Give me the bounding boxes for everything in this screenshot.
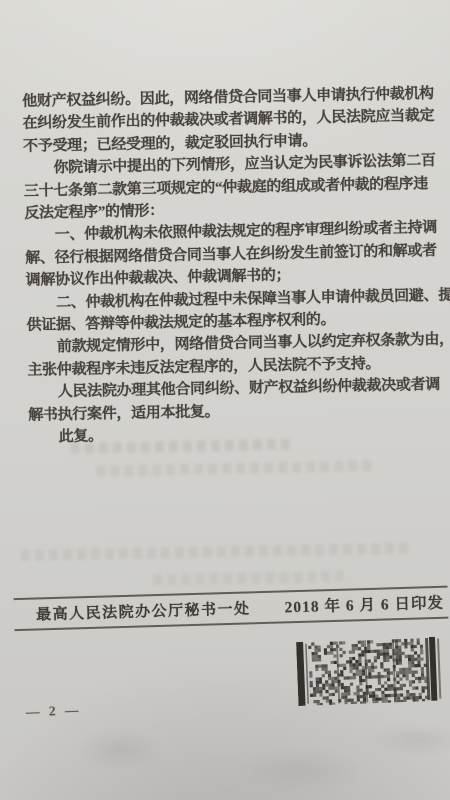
bleed-through-artifact <box>96 460 371 476</box>
document-footer: 最高人民法院办公厅秘书一处 2018 年 6 月 6 日印发 <box>14 586 449 631</box>
bleed-through-artifact <box>21 542 411 560</box>
barcode-icon <box>296 636 444 706</box>
paper-sheet: 他财产权益纠纷。因此，网络借贷合同当事人申请执行仲裁机构在纠纷发生前作出的仲裁裁… <box>0 0 450 800</box>
print-date-label: 2018 年 6 月 6 日印发 <box>284 591 448 618</box>
document-body: 他财产权益纠纷。因此，网络借贷合同当事人申请执行仲裁机构在纠纷发生前作出的仲裁裁… <box>22 83 449 449</box>
page-number: — 2 — <box>26 702 82 720</box>
barcode-svg <box>296 636 444 706</box>
document-photo: 他财产权益纠纷。因此，网络借贷合同当事人申请执行仲裁机构在纠纷发生前作出的仲裁裁… <box>0 0 450 800</box>
issuing-office-label: 最高人民法院办公厅秘书一处 <box>14 597 251 625</box>
bleed-through-artifact <box>153 571 343 586</box>
